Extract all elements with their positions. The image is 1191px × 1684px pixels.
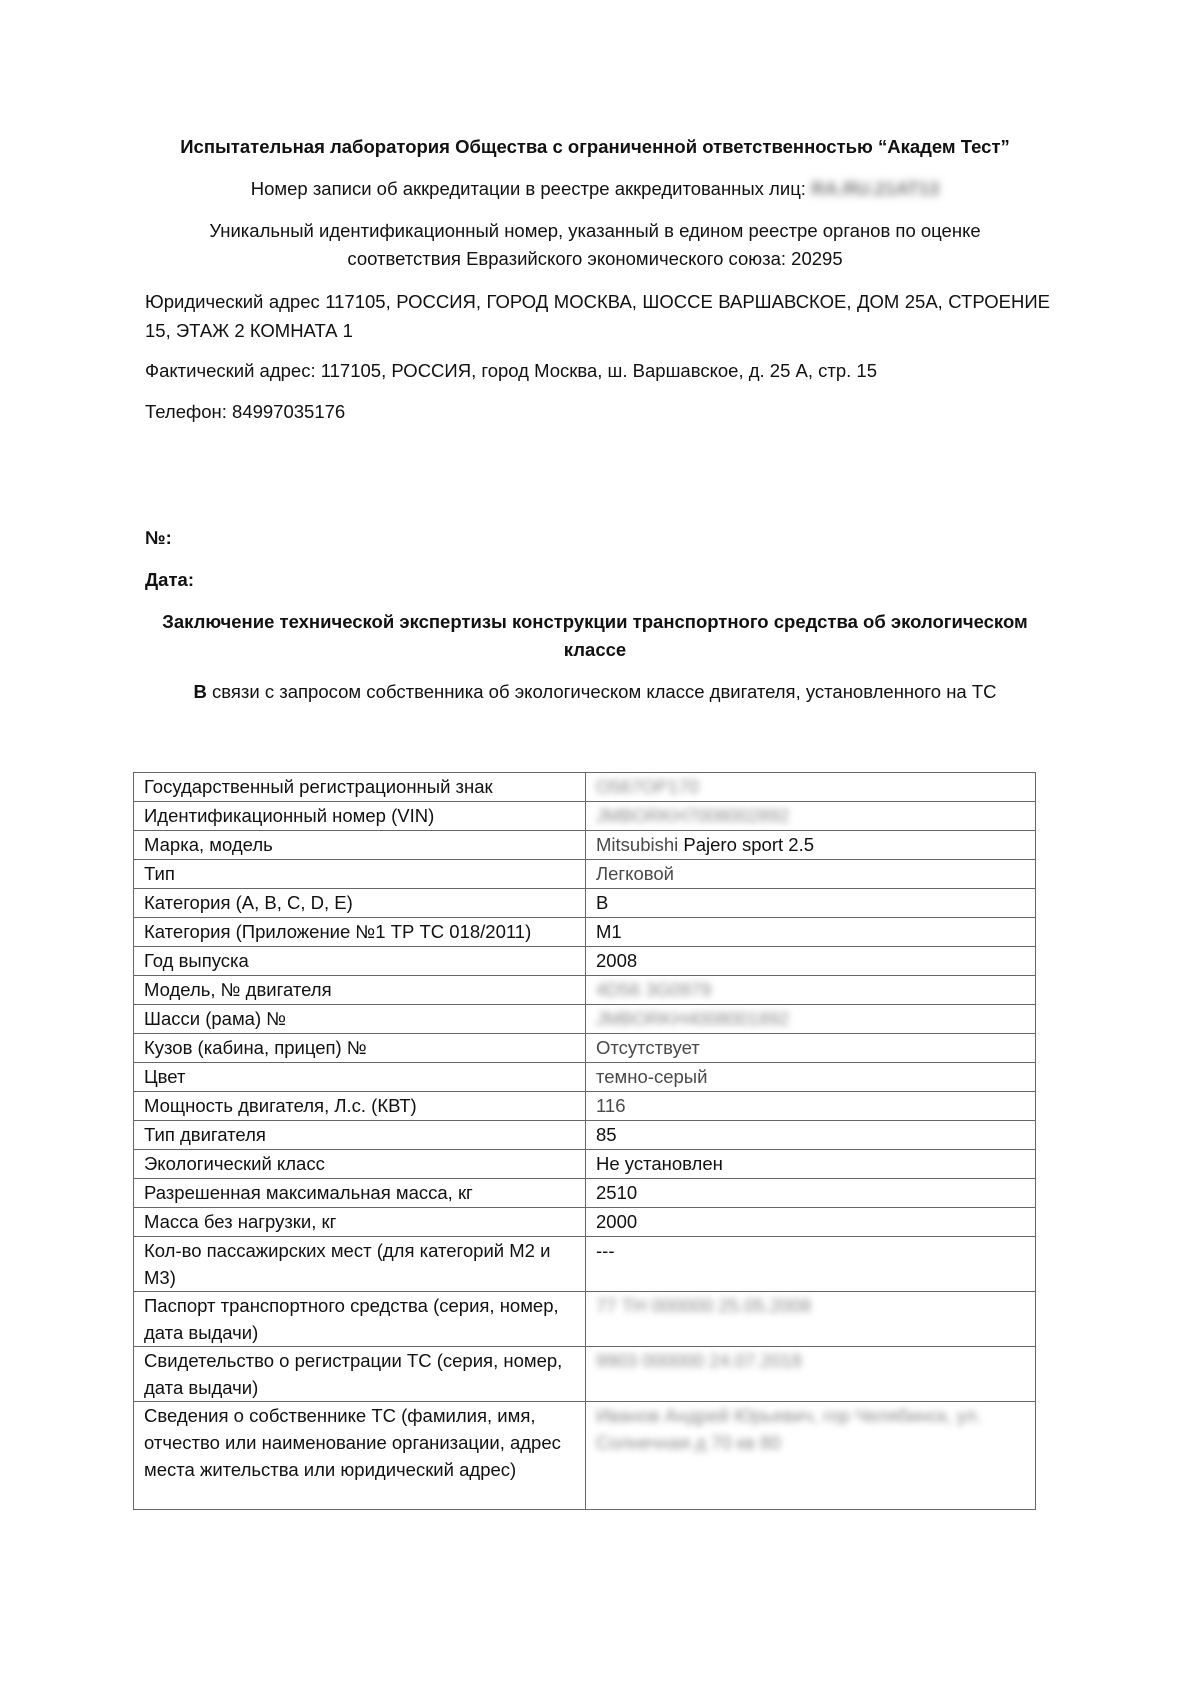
row-label: Масса без нагрузки, кг <box>134 1208 586 1237</box>
row-value-redacted: Иванов Андрей Юрьевич, гор Челябинск, ул… <box>596 1402 1025 1456</box>
table-row: Кол-во пассажирских мест (для категорий … <box>134 1237 1036 1292</box>
table-row: Модель, № двигателя 4D56 3G0979 <box>134 976 1036 1005</box>
row-value: B <box>586 889 1036 918</box>
row-label: Модель, № двигателя <box>134 976 586 1005</box>
row-label: Шасси (рама) № <box>134 1005 586 1034</box>
table-row: Паспорт транспортного средства (серия, н… <box>134 1292 1036 1347</box>
row-value: 85 <box>586 1121 1036 1150</box>
intro-paragraph: В связи с запросом собственника об эколо… <box>140 678 1050 706</box>
row-value-redacted: JMBORKH4008001892 <box>596 1005 789 1032</box>
row-label: Кузов (кабина, прицеп) № <box>134 1034 586 1063</box>
row-label: Паспорт транспортного средства (серия, н… <box>134 1292 586 1347</box>
row-label: Цвет <box>134 1063 586 1092</box>
vehicle-spec-table: Государственный регистрационный знак О56… <box>133 772 1036 1510</box>
row-label: Кол-во пассажирских мест (для категорий … <box>134 1237 586 1292</box>
row-value-redacted: JMBORKH7008002892 <box>596 802 789 829</box>
row-label: Сведения о собственнике ТС (фамилия, имя… <box>134 1402 586 1510</box>
row-value: Не установлен <box>586 1150 1036 1179</box>
document-page: Испытательная лаборатория Общества с огр… <box>0 0 1191 1684</box>
table-row: Кузов (кабина, прицеп) № Отсутствует <box>134 1034 1036 1063</box>
unique-id-line-1: Уникальный идентификационный номер, указ… <box>140 217 1050 245</box>
table-row: Тип двигателя 85 <box>134 1121 1036 1150</box>
accreditation-line: Номер записи об аккредитации в реестре а… <box>140 175 1050 203</box>
table-row: Тип Легковой <box>134 860 1036 889</box>
document-title-line-1: Заключение технической экспертизы констр… <box>140 608 1050 636</box>
table-row: Цвет темно-серый <box>134 1063 1036 1092</box>
row-label: Год выпуска <box>134 947 586 976</box>
table-row: Год выпуска 2008 <box>134 947 1036 976</box>
document-title-line-2: классе <box>140 636 1050 664</box>
row-label: Категория (A, B, C, D, E) <box>134 889 586 918</box>
table-row: Мощность двигателя, Л.с. (КВТ) 116 <box>134 1092 1036 1121</box>
table-row: Сведения о собственнике ТС (фамилия, имя… <box>134 1402 1036 1510</box>
row-label: Экологический класс <box>134 1150 586 1179</box>
row-value-redacted: О567ОР170 <box>596 773 699 800</box>
row-label: Категория (Приложение №1 ТР ТС 018/2011) <box>134 918 586 947</box>
table-row: Государственный регистрационный знак О56… <box>134 773 1036 802</box>
row-value: 2000 <box>586 1208 1036 1237</box>
phone: Телефон: 84997035176 <box>145 398 345 426</box>
unique-id-line-2: соответствия Евразийского экономического… <box>140 245 1050 273</box>
lab-title: Испытательная лаборатория Общества с огр… <box>140 133 1050 161</box>
row-label: Свидетельство о регистрации ТС (серия, н… <box>134 1347 586 1402</box>
document-number-label: №: <box>145 524 172 552</box>
row-label: Марка, модель <box>134 831 586 860</box>
row-value-redacted: 77 ТН 000000 25.05.2008 <box>596 1292 811 1319</box>
row-label: Тип <box>134 860 586 889</box>
table-row: Масса без нагрузки, кг 2000 <box>134 1208 1036 1237</box>
table-row: Категория (Приложение №1 ТР ТС 018/2011)… <box>134 918 1036 947</box>
row-label: Идентификационный номер (VIN) <box>134 802 586 831</box>
row-value: темно-серый <box>586 1063 1036 1092</box>
document-date-label: Дата: <box>145 566 194 594</box>
row-value: Легковой <box>586 860 1036 889</box>
actual-address: Фактический адрес: 117105, РОССИЯ, город… <box>145 357 877 385</box>
accreditation-label: Номер записи об аккредитации в реестре а… <box>251 178 806 199</box>
table-row: Свидетельство о регистрации ТС (серия, н… <box>134 1347 1036 1402</box>
table-row: Шасси (рама) № JMBORKH4008001892 <box>134 1005 1036 1034</box>
row-value: M1 <box>586 918 1036 947</box>
table-row: Разрешенная максимальная масса, кг 2510 <box>134 1179 1036 1208</box>
row-value-redacted: 9903 000000 24.07.2018 <box>596 1347 802 1374</box>
intro-bold-letter: В <box>194 681 207 702</box>
brand-value: Mitsubishi <box>596 834 678 855</box>
table-row: Категория (A, B, C, D, E) B <box>134 889 1036 918</box>
row-value: Mitsubishi Pajero sport 2.5 <box>586 831 1036 860</box>
legal-address: Юридический адрес 117105, РОССИЯ, ГОРОД … <box>145 287 1050 345</box>
row-label: Мощность двигателя, Л.с. (КВТ) <box>134 1092 586 1121</box>
table-row: Идентификационный номер (VIN) JMBORKH700… <box>134 802 1036 831</box>
row-value: --- <box>586 1237 1036 1292</box>
model-value: Pajero sport 2.5 <box>678 834 814 855</box>
table-row: Экологический класс Не установлен <box>134 1150 1036 1179</box>
intro-text: связи с запросом собственника об экологи… <box>207 681 997 702</box>
row-value: 2510 <box>586 1179 1036 1208</box>
row-value: 2008 <box>586 947 1036 976</box>
row-label: Государственный регистрационный знак <box>134 773 586 802</box>
table-row: Марка, модель Mitsubishi Pajero sport 2.… <box>134 831 1036 860</box>
accreditation-value-redacted: RA.RU.21AT13 <box>811 175 939 203</box>
row-value: Отсутствует <box>586 1034 1036 1063</box>
row-value-redacted: 4D56 3G0979 <box>596 976 711 1003</box>
row-value: 116 <box>586 1092 1036 1121</box>
row-label: Разрешенная максимальная масса, кг <box>134 1179 586 1208</box>
row-label: Тип двигателя <box>134 1121 586 1150</box>
